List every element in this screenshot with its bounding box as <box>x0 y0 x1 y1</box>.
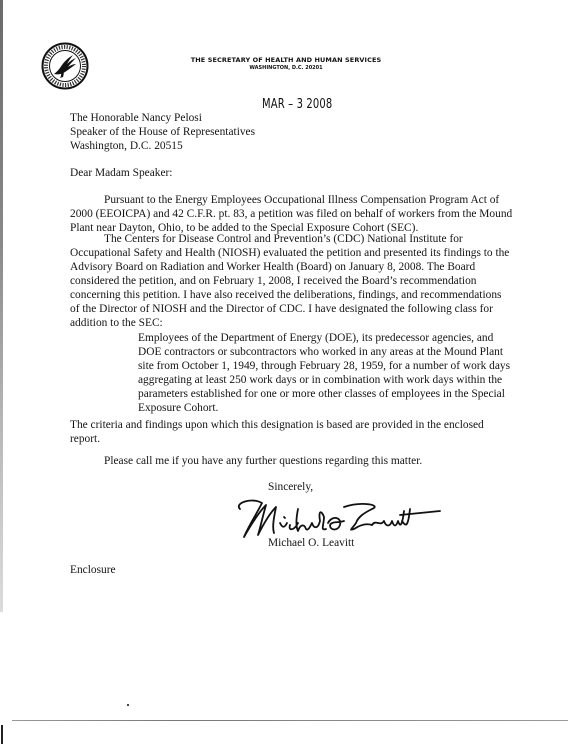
paragraph-line: The Centers for Disease Control and Prev… <box>70 232 509 246</box>
class-definition-block: Employees of the Department of Energy (D… <box>138 331 510 415</box>
date-stamp: MAR – 3 2008 <box>262 96 332 112</box>
enclosure-note: Enclosure <box>70 563 116 577</box>
paragraph-line: Employees of the Department of Energy (D… <box>138 331 510 345</box>
paragraph-criteria: The criteria and findings upon which thi… <box>70 418 484 446</box>
scan-edge-mark <box>1 725 3 744</box>
recipient-title: Speaker of the House of Representatives <box>70 125 255 139</box>
recipient-name: The Honorable Nancy Pelosi <box>70 111 202 125</box>
paragraph-line: DOE contractors or subcontractors who wo… <box>138 345 510 359</box>
paragraph-line: 2000 (EEOICPA) and 42 C.F.R. pt. 83, a p… <box>70 207 512 221</box>
paragraph-questions: Please call me if you have any further q… <box>104 454 422 468</box>
scan-speck <box>127 704 129 706</box>
letterhead-address: WASHINGTON, D.C. 20201 <box>70 65 502 71</box>
paragraph-evaluation: The Centers for Disease Control and Prev… <box>70 232 509 330</box>
paragraph-petition: Pursuant to the Energy Employees Occupat… <box>70 193 512 235</box>
closing: Sincerely, <box>268 480 313 494</box>
paragraph-line: Exposure Cohort. <box>138 401 510 415</box>
letterhead-title: THE SECRETARY OF HEALTH AND HUMAN SERVIC… <box>70 56 502 64</box>
paragraph-line: considered the petition, and on February… <box>70 274 509 288</box>
paragraph-line: report. <box>70 432 484 446</box>
page-bottom-rule <box>12 720 568 721</box>
paragraph-line: site from October 1, 1949, through Febru… <box>138 359 510 373</box>
paragraph-line: aggregating at least 250 work days or in… <box>138 373 510 387</box>
paragraph-line: parameters established for one or more o… <box>138 387 510 401</box>
paragraph-line: addition to the SEC: <box>70 316 509 330</box>
paragraph-line: concerning this petition. I have also re… <box>70 288 509 302</box>
scan-left-edge <box>0 0 3 612</box>
paragraph-line: Pursuant to the Energy Employees Occupat… <box>70 193 512 207</box>
paragraph-line: Occupational Safety and Health (NIOSH) e… <box>70 246 509 260</box>
paragraph-line: of the Director of NIOSH and the Directo… <box>70 302 509 316</box>
signer-name: Michael O. Leavitt <box>268 536 354 550</box>
salutation: Dear Madam Speaker: <box>70 166 172 180</box>
recipient-address: Washington, D.C. 20515 <box>70 139 183 153</box>
paragraph-line: Advisory Board on Radiation and Worker H… <box>70 260 509 274</box>
paragraph-line: The criteria and findings upon which thi… <box>70 418 484 432</box>
